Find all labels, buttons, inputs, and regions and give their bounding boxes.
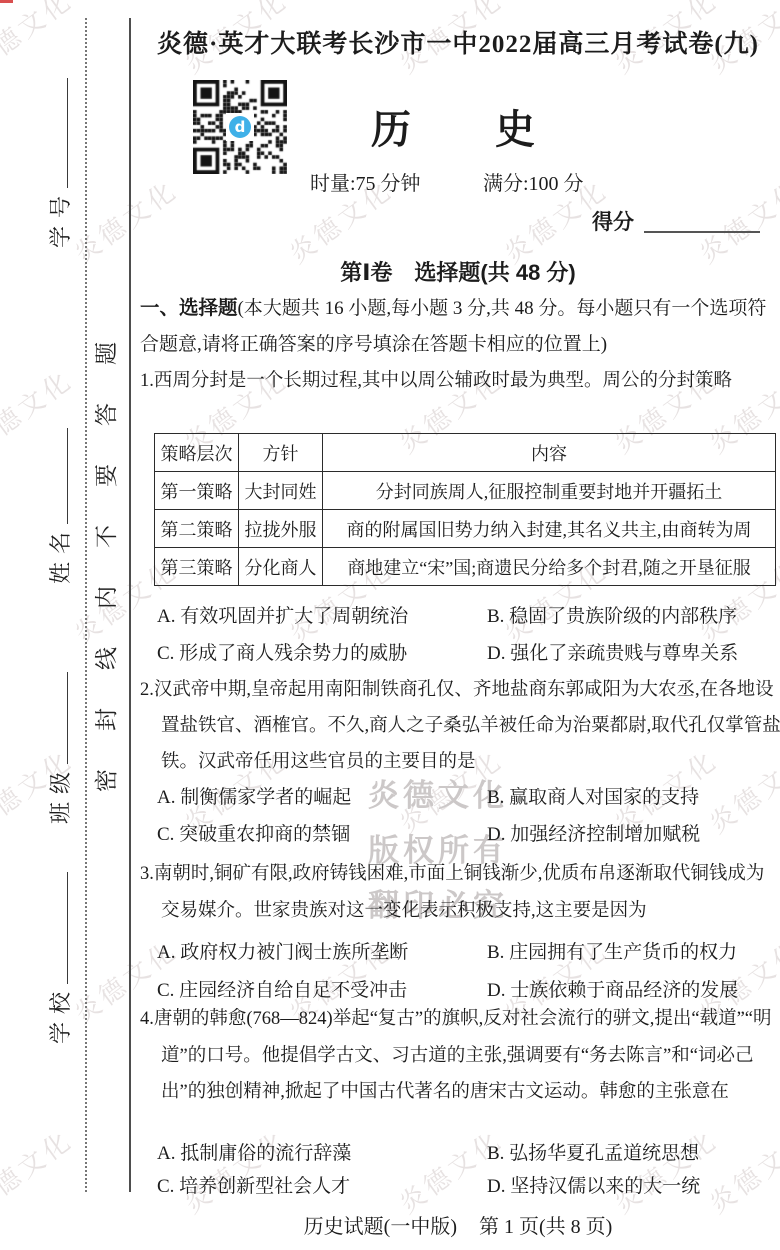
option-d: D. 加强经济控制增加赋税 <box>487 816 777 853</box>
volume-title: 第Ⅰ卷 选择题(共 48 分) <box>140 256 776 287</box>
option-d: D. 坚持汉儒以来的大一统 <box>487 1170 777 1203</box>
option-a: A. 有效巩固并扩大了周朝统治 <box>157 598 487 635</box>
table-header-row: 策略层次 方针 内容 <box>155 434 776 472</box>
option-a: A. 抵制庸俗的流行辞藻 <box>157 1137 487 1170</box>
table-header-cell: 方针 <box>239 434 323 472</box>
option-c: C. 形成了商人残余势力的威胁 <box>157 635 487 672</box>
question-number: 4. <box>140 1009 154 1029</box>
question-number: 2. <box>140 680 154 700</box>
question-3-stem: 3.南朝时,铜矿有限,政府铸钱困难,市面上铜钱渐少,优质布帛逐渐取代铜钱成为交易… <box>140 856 780 930</box>
option-c: C. 培养创新型社会人才 <box>157 1170 487 1203</box>
qr-logo: d <box>226 113 254 141</box>
table-cell: 商的附属国旧势力纳入封建,其名义共主,由商转为周 <box>323 510 776 548</box>
footer-title: 历史试题(一中版) <box>304 1216 457 1238</box>
table-row: 第一策略 大封同姓 分封同族周人,征服控制重要封地并开疆拓土 <box>155 472 776 510</box>
table-row: 第三策略 分化商人 商地建立“宋”国;商遗民分给多个封君,随之开垦征服 <box>155 548 776 586</box>
table-cell: 分化商人 <box>239 548 323 586</box>
subject-char: 历 <box>371 98 411 155</box>
question-number: 3. <box>140 864 154 884</box>
question-4-stem: 4.唐朝的韩愈(768—824)举起“复古”的旗帜,反对社会流行的骈文,提出“载… <box>140 1001 780 1111</box>
subject-title: 历 史 <box>371 98 535 155</box>
option-a: A. 政府权力被门阀士族所垄断 <box>157 934 487 972</box>
section-directions: 一、选择题(本大题共 16 小题,每小题 3 分,共 48 分。每小题只有一个选… <box>140 290 780 363</box>
table-cell: 拉拢外服 <box>239 510 323 548</box>
option-a: A. 制衡儒家学者的崛起 <box>157 779 487 816</box>
question-1-options: A. 有效巩固并扩大了周朝统治 B. 稳固了贵族阶级的内部秩序 C. 形成了商人… <box>157 598 777 672</box>
exam-title: 炎德·英才大联考长沙市一中2022届高三月考试卷(九) <box>145 24 771 60</box>
option-b: B. 庄园拥有了生产货币的权力 <box>487 934 777 972</box>
scan-corner-mark <box>0 0 13 3</box>
question-3-options: A. 政府权力被门阀士族所垄断 B. 庄园拥有了生产货币的权力 C. 庄园经济自… <box>157 934 777 1010</box>
score-blank-line <box>644 212 760 233</box>
question-1-table: 策略层次 方针 内容 第一策略 大封同姓 分封同族周人,征服控制重要封地并开疆拓… <box>154 433 776 586</box>
table-cell: 第一策略 <box>155 472 239 510</box>
page-footer: 历史试题(一中版)第 1 页(共 8 页) <box>140 1210 776 1239</box>
question-1-stem: 1.西周分封是一个长期过程,其中以周公辅政时最为典型。周公的分封策略 <box>140 363 780 400</box>
option-c: C. 突破重农抑商的禁锢 <box>157 816 487 853</box>
table-cell: 商地建立“宋”国;商遗民分给多个封君,随之开垦征服 <box>323 548 776 586</box>
option-d: D. 强化了亲疏贵贱与尊卑关系 <box>487 635 777 672</box>
exam-duration: 时量:75 分钟 <box>310 167 421 196</box>
question-2-stem: 2.汉武帝中期,皇帝起用南阳制铁商孔仅、齐地盐商东郭咸阳为大农丞,在各地设置盐铁… <box>140 672 780 780</box>
table-cell: 大封同姓 <box>239 472 323 510</box>
subject-char: 史 <box>495 98 535 155</box>
option-b: B. 弘扬华夏孔孟道统思想 <box>487 1137 777 1170</box>
question-number: 1. <box>140 371 154 391</box>
score-label: 得分 <box>592 206 634 236</box>
option-b: B. 稳固了贵族阶级的内部秩序 <box>487 598 777 635</box>
table-cell: 第二策略 <box>155 510 239 548</box>
qr-code: d <box>193 80 287 174</box>
table-row: 第二策略 拉拢外服 商的附属国旧势力纳入封建,其名义共主,由商转为周 <box>155 510 776 548</box>
qr-logo-letter: d <box>229 116 251 138</box>
question-4-options: A. 抵制庸俗的流行辞藻 B. 弘扬华夏孔孟道统思想 C. 培养创新型社会人才 … <box>157 1137 777 1203</box>
table-cell: 分封同族周人,征服控制重要封地并开疆拓土 <box>323 472 776 510</box>
table-header-cell: 内容 <box>323 434 776 472</box>
directions-lead: 一、选择题 <box>140 297 238 319</box>
table-header-cell: 策略层次 <box>155 434 239 472</box>
question-2-options: A. 制衡儒家学者的崛起 B. 赢取商人对国家的支持 C. 突破重农抑商的禁锢 … <box>157 779 777 853</box>
option-b: B. 赢取商人对国家的支持 <box>487 779 777 816</box>
exam-full-score: 满分:100 分 <box>483 167 584 196</box>
footer-page-number: 第 1 页(共 8 页) <box>479 1216 612 1238</box>
exam-content: 炎德·英才大联考长沙市一中2022届高三月考试卷(九) d 历 史 时量:75 … <box>0 0 780 1250</box>
table-cell: 第三策略 <box>155 548 239 586</box>
exam-paper-page: 炎德文化炎德文化炎德文化炎德文化炎德文化炎德文化炎德文化炎德文化炎德文化炎德文化… <box>0 0 780 1250</box>
